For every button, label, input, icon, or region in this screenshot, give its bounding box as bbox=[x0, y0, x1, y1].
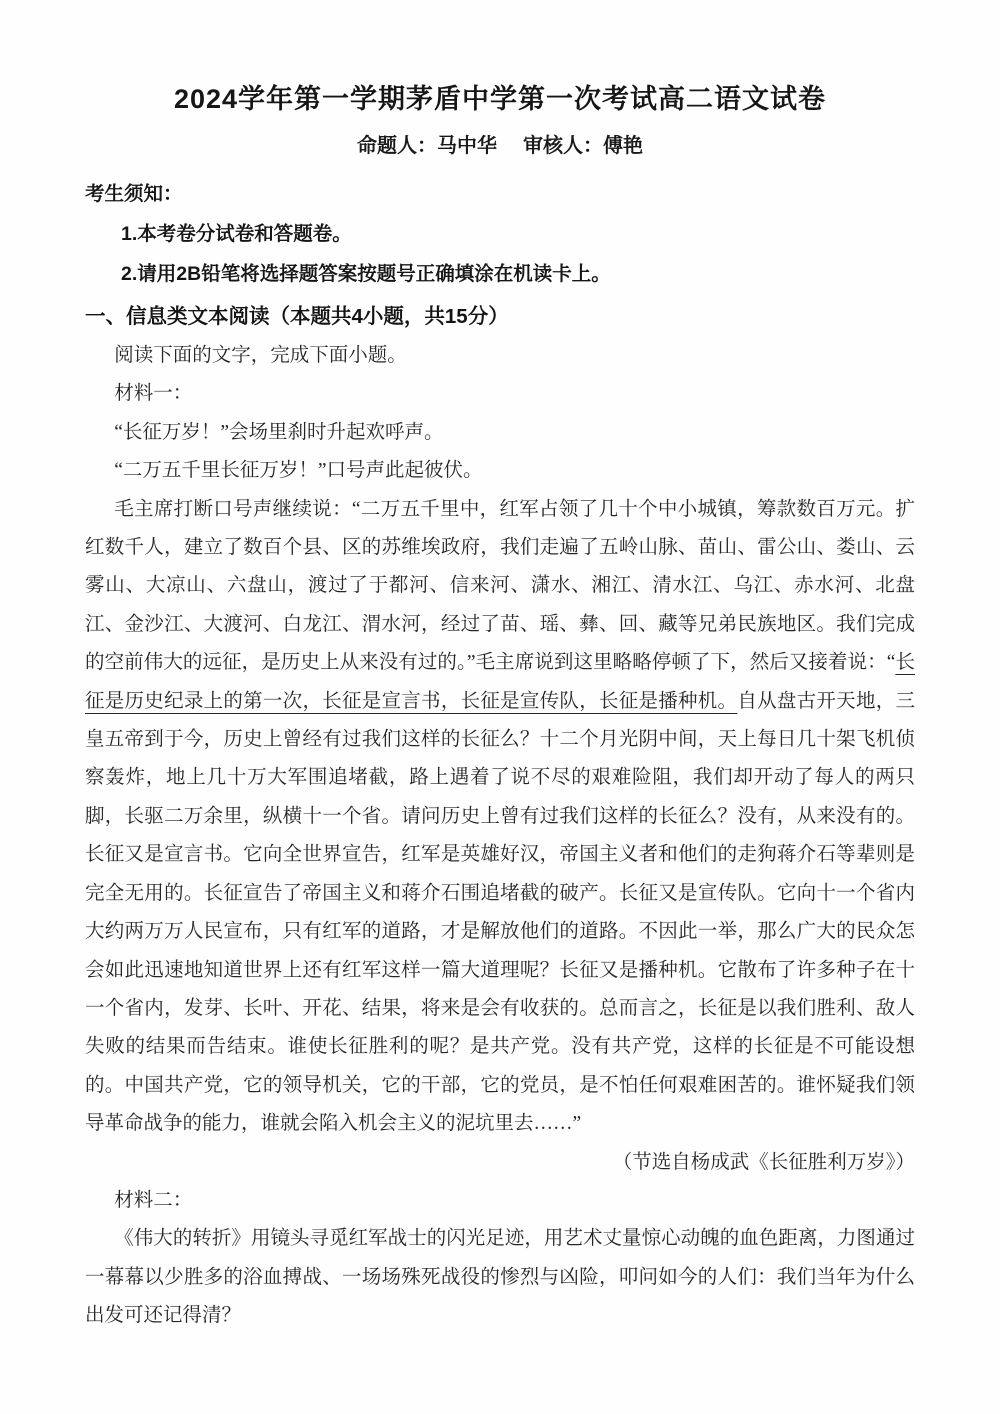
byline-setter: 命题人：马中华 bbox=[357, 135, 497, 157]
page-title: 2024学年第一学期茅盾中学第一次考试高二语文试卷 bbox=[85, 82, 915, 116]
material-two-label: 材料二： bbox=[85, 1182, 915, 1220]
notice-item-2: 2.请用2B铅笔将选择题答案按题号正确填涂在机读卡上。 bbox=[85, 254, 915, 294]
material-one-para-1: “长征万岁！”会场里刹时升起欢呼声。 bbox=[85, 414, 915, 452]
material-one-label: 材料一： bbox=[85, 375, 915, 413]
material-one-para-3: 毛主席打断口号声继续说：“二万五千里中，红军占领了几十个中小城镇，筹款数百万元。… bbox=[85, 491, 915, 1144]
notice-heading: 考生须知： bbox=[85, 174, 915, 214]
exam-paper-page: 2024学年第一学期茅盾中学第一次考试高二语文试卷 命题人：马中华审核人：傅艳 … bbox=[0, 0, 1000, 1414]
para3-text-before-underline: 毛主席打断口号声继续说：“二万五千里中，红军占领了几十个中小城镇，筹款数百万元。… bbox=[85, 499, 915, 674]
material-one-para-2: “二万五千里长征万岁！”口号声此起彼伏。 bbox=[85, 452, 915, 490]
byline: 命题人：马中华审核人：傅艳 bbox=[85, 131, 915, 161]
material-two-para-1: 《伟大的转折》用镜头寻觅红军战士的闪光足迹，用艺术丈量惊心动魄的血色距离，力图通… bbox=[85, 1220, 915, 1335]
byline-reviewer: 审核人：傅艳 bbox=[523, 135, 643, 157]
section-one-heading: 一、信息类文本阅读（本题共4小题，共15分） bbox=[85, 297, 915, 337]
material-one-citation: （节选自杨成武《长征胜利万岁》） bbox=[85, 1144, 915, 1182]
para3-text-after-underline: 自从盘古开天地，三皇五帝到于今，历史上曾经有过我们这样的长征么？十二个月光阴中间… bbox=[85, 691, 915, 1134]
reading-instruction: 阅读下面的文字，完成下面小题。 bbox=[85, 337, 915, 375]
notice-item-1: 1.本考卷分试卷和答题卷。 bbox=[85, 214, 915, 254]
